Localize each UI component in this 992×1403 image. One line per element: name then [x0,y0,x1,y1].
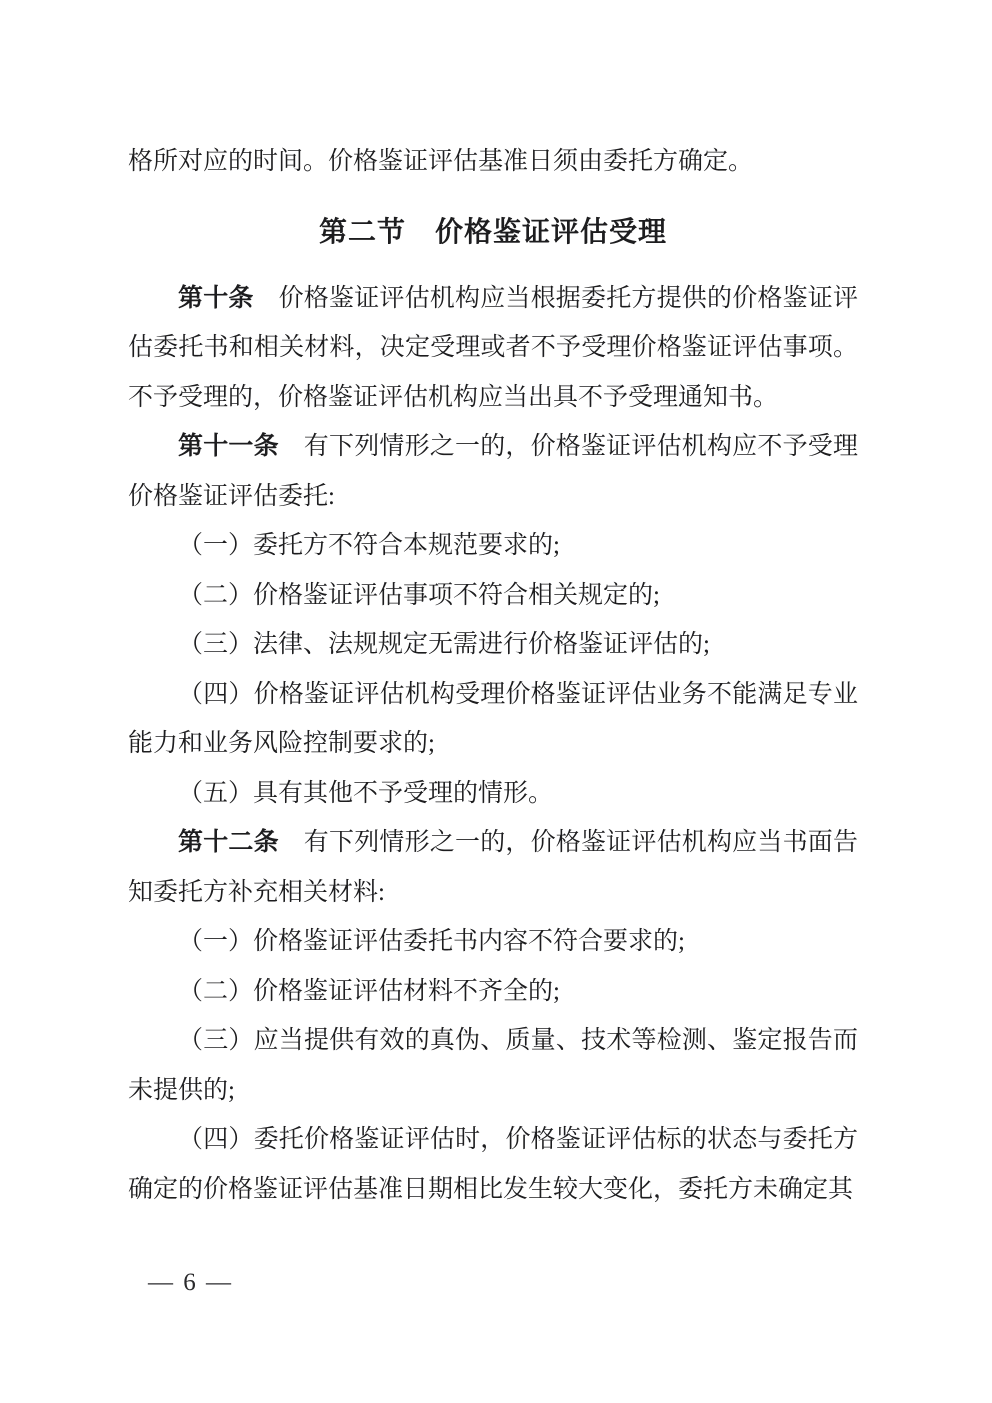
section-heading: 第二节 价格鉴证评估受理 [128,208,858,258]
article-12-item-3: （三）应当提供有效的真伪、质量、技术等检测、鉴定报告而未提供的; [128,1016,858,1115]
article-11-item-3: （三）法律、法规规定无需进行价格鉴证评估的; [128,620,858,670]
article-12: 第十二条有下列情形之一的，价格鉴证评估机构应当书面告知委托方补充相关材料: [128,818,858,917]
article-11-item-2: （二）价格鉴证评估事项不符合相关规定的; [128,571,858,621]
article-12-label: 第十二条 [178,829,279,856]
paragraph-continuation: 格所对应的时间。价格鉴证评估基准日须由委托方确定。 [128,137,858,187]
page-number: — 6 — [148,1258,233,1308]
article-11-item-4: （四）价格鉴证评估机构受理价格鉴证评估业务不能满足专业能力和业务风险控制要求的; [128,670,858,769]
document-content: 格所对应的时间。价格鉴证评估基准日须由委托方确定。 第二节 价格鉴证评估受理 第… [128,137,858,1214]
article-10-label: 第十条 [178,285,254,312]
article-12-item-1: （一）价格鉴证评估委托书内容不符合要求的; [128,917,858,967]
article-11: 第十一条有下列情形之一的，价格鉴证评估机构应不予受理价格鉴证评估委托: [128,422,858,521]
document-page: { "document": { "continuation_text": "格所… [0,0,992,1403]
article-12-item-2: （二）价格鉴证评估材料不齐全的; [128,967,858,1017]
article-11-item-1: （一）委托方不符合本规范要求的; [128,521,858,571]
article-11-item-5: （五）具有其他不予受理的情形。 [128,769,858,819]
article-11-label: 第十一条 [178,433,279,460]
article-12-item-4: （四）委托价格鉴证评估时，价格鉴证评估标的状态与委托方确定的价格鉴证评估基准日期… [128,1115,858,1214]
article-10: 第十条价格鉴证评估机构应当根据委托方提供的价格鉴证评估委托书和相关材料，决定受理… [128,274,858,423]
